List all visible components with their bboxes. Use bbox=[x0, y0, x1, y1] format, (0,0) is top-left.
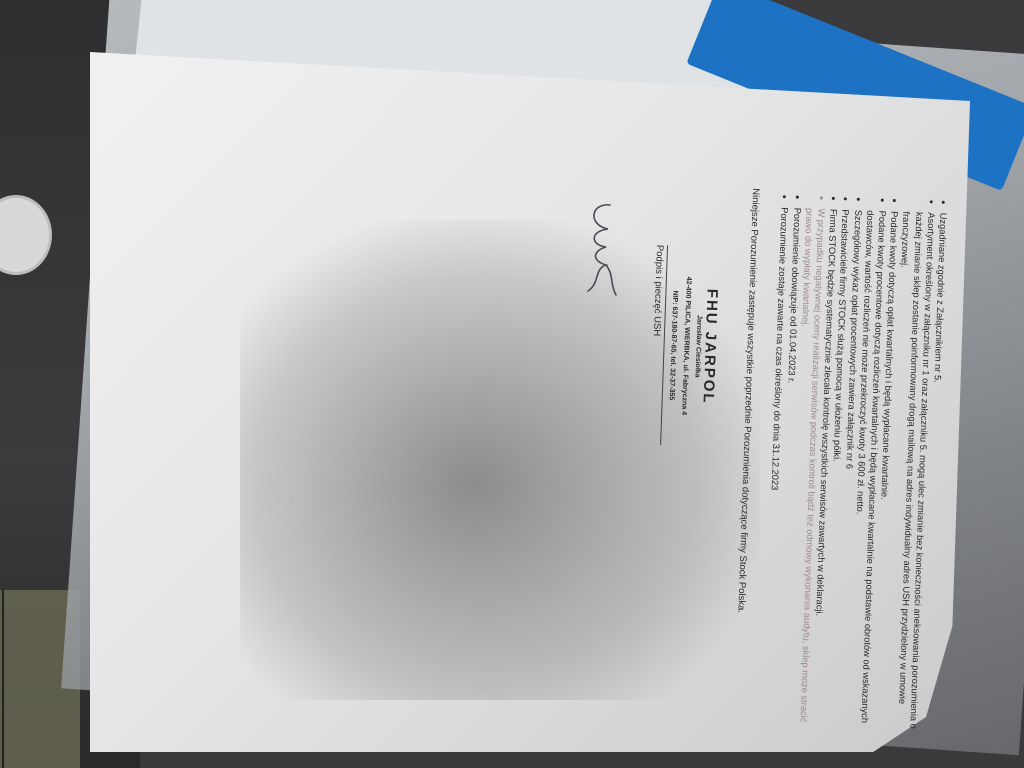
handwritten-signature bbox=[570, 195, 630, 305]
document-content: Uzgadniane zgodnie z Załącznikiem nr 5. … bbox=[636, 185, 950, 755]
closing-statement: Niniejsze Porozumienie zastępuje wszystk… bbox=[730, 188, 762, 748]
photo-scene: Uzgadniane zgodnie z Załącznikiem nr 5. … bbox=[0, 0, 1024, 768]
terms-list: Uzgadniane zgodnie z Załącznikiem nr 5. … bbox=[760, 189, 950, 755]
company-stamp: FHU JARPOL Jarosław Ciesiołka 42-400 PIL… bbox=[646, 185, 721, 447]
